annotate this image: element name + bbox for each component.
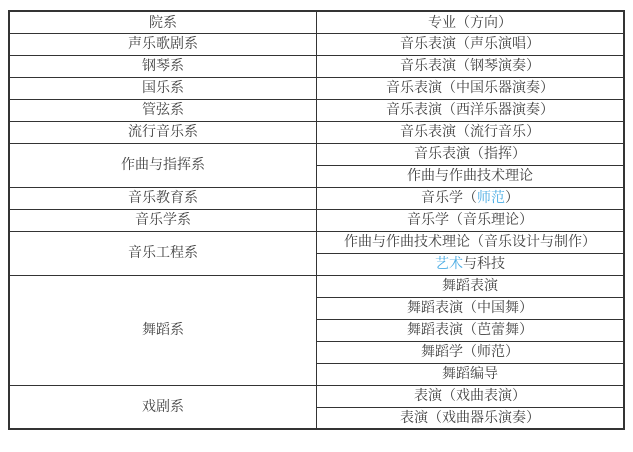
table-row: 国乐系音乐表演（中国乐器演奏） bbox=[9, 77, 624, 99]
major-text: 与科技 bbox=[463, 255, 505, 271]
major-cell: 表演（戏曲器乐演奏） bbox=[317, 407, 625, 429]
major-link-text[interactable]: 艺术 bbox=[435, 255, 463, 271]
department-cell: 管弦系 bbox=[9, 99, 317, 121]
table-row: 声乐歌剧系音乐表演（声乐演唱） bbox=[9, 33, 624, 55]
major-cell: 作曲与作曲技术理论（音乐设计与制作） bbox=[317, 231, 625, 253]
major-cell: 艺术与科技 bbox=[317, 253, 625, 275]
table-row: 钢琴系音乐表演（钢琴演奏） bbox=[9, 55, 624, 77]
major-cell: 表演（戏曲表演） bbox=[317, 385, 625, 407]
major-cell: 舞蹈学（师范） bbox=[317, 341, 625, 363]
department-cell: 钢琴系 bbox=[9, 55, 317, 77]
department-cell: 舞蹈系 bbox=[9, 275, 317, 385]
major-cell: 舞蹈表演（中国舞） bbox=[317, 297, 625, 319]
table-row: 舞蹈系舞蹈表演 bbox=[9, 275, 624, 297]
major-text: 舞蹈表演（中国舞） bbox=[407, 299, 533, 315]
major-text: 作曲与作曲技术理论 bbox=[407, 167, 533, 183]
major-text: 舞蹈编导 bbox=[442, 365, 498, 381]
major-text: 音乐表演（声乐演唱） bbox=[400, 35, 540, 51]
major-cell: 音乐表演（钢琴演奏） bbox=[317, 55, 625, 77]
department-cell: 音乐工程系 bbox=[9, 231, 317, 275]
table-row: 音乐工程系作曲与作曲技术理论（音乐设计与制作） bbox=[9, 231, 624, 253]
table-body: 院系 专业（方向） 声乐歌剧系音乐表演（声乐演唱）钢琴系音乐表演（钢琴演奏）国乐… bbox=[9, 11, 624, 429]
major-cell: 作曲与作曲技术理论 bbox=[317, 165, 625, 187]
table-row: 管弦系音乐表演（西洋乐器演奏） bbox=[9, 99, 624, 121]
major-text: 音乐表演（指挥） bbox=[414, 145, 526, 161]
header-cell-department: 院系 bbox=[9, 11, 317, 33]
major-text: 音乐表演（流行音乐） bbox=[400, 123, 540, 139]
department-cell: 戏剧系 bbox=[9, 385, 317, 429]
department-cell: 流行音乐系 bbox=[9, 121, 317, 143]
major-cell: 音乐表演（指挥） bbox=[317, 143, 625, 165]
department-cell: 音乐教育系 bbox=[9, 187, 317, 209]
major-cell: 音乐表演（中国乐器演奏） bbox=[317, 77, 625, 99]
major-cell: 舞蹈表演（芭蕾舞） bbox=[317, 319, 625, 341]
major-cell: 音乐学（音乐理论） bbox=[317, 209, 625, 231]
major-text: 作曲与作曲技术理论（音乐设计与制作） bbox=[344, 233, 596, 249]
table-row: 音乐教育系音乐学（师范） bbox=[9, 187, 624, 209]
major-text: 表演（戏曲器乐演奏） bbox=[400, 409, 540, 425]
major-cell: 舞蹈表演 bbox=[317, 275, 625, 297]
major-cell: 音乐表演（西洋乐器演奏） bbox=[317, 99, 625, 121]
major-text: 表演（戏曲表演） bbox=[414, 387, 526, 403]
major-text: 音乐表演（钢琴演奏） bbox=[400, 57, 540, 73]
table-row: 作曲与指挥系音乐表演（指挥） bbox=[9, 143, 624, 165]
header-row: 院系 专业（方向） bbox=[9, 11, 624, 33]
major-text: 音乐表演（西洋乐器演奏） bbox=[386, 101, 554, 117]
major-text: 音乐表演（中国乐器演奏） bbox=[386, 79, 554, 95]
department-cell: 国乐系 bbox=[9, 77, 317, 99]
major-text: 舞蹈学（师范） bbox=[421, 343, 519, 359]
major-cell: 音乐表演（流行音乐） bbox=[317, 121, 625, 143]
major-text: ） bbox=[505, 189, 519, 205]
department-cell: 作曲与指挥系 bbox=[9, 143, 317, 187]
major-cell: 舞蹈编导 bbox=[317, 363, 625, 385]
major-text: 舞蹈表演 bbox=[442, 277, 498, 293]
department-cell: 声乐歌剧系 bbox=[9, 33, 317, 55]
departments-majors-table: 院系 专业（方向） 声乐歌剧系音乐表演（声乐演唱）钢琴系音乐表演（钢琴演奏）国乐… bbox=[8, 10, 625, 430]
table-row: 流行音乐系音乐表演（流行音乐） bbox=[9, 121, 624, 143]
table-row: 戏剧系表演（戏曲表演） bbox=[9, 385, 624, 407]
major-cell: 音乐学（师范） bbox=[317, 187, 625, 209]
major-text: 音乐学（音乐理论） bbox=[407, 211, 533, 227]
header-cell-major: 专业（方向） bbox=[317, 11, 625, 33]
major-cell: 音乐表演（声乐演唱） bbox=[317, 33, 625, 55]
major-text: 音乐学（ bbox=[421, 189, 477, 205]
table-wrapper: 院系 专业（方向） 声乐歌剧系音乐表演（声乐演唱）钢琴系音乐表演（钢琴演奏）国乐… bbox=[0, 0, 633, 435]
table-row: 音乐学系音乐学（音乐理论） bbox=[9, 209, 624, 231]
department-cell: 音乐学系 bbox=[9, 209, 317, 231]
major-link-text[interactable]: 师范 bbox=[477, 189, 505, 205]
major-text: 舞蹈表演（芭蕾舞） bbox=[407, 321, 533, 337]
